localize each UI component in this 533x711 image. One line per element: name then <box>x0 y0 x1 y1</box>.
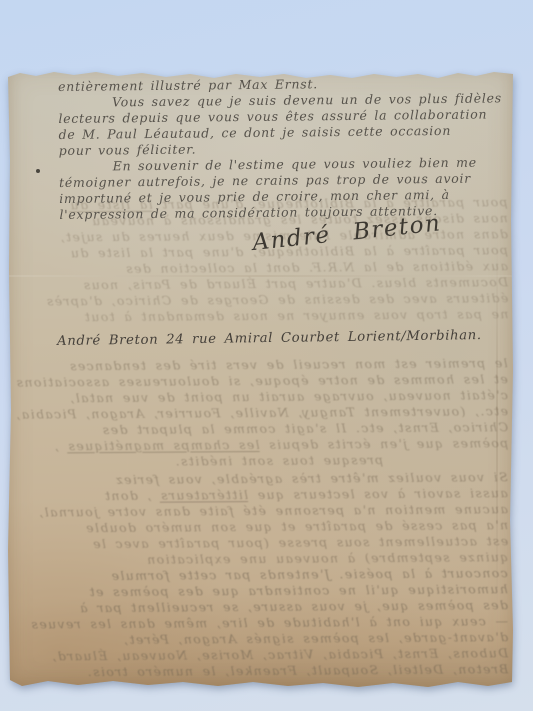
show-through-line: Breton, Delteil, Soupault, Fraenkel, le … <box>14 661 508 680</box>
ink-show-through-lower: Si vous vouliez m'être très agréable, vo… <box>14 469 509 568</box>
show-through-text: aussi savoir à vos lecteurs que <box>248 485 508 502</box>
show-through-text: , dont <box>104 488 160 503</box>
address-annotation: André Breton 24 rue Amiral Courbet Lorie… <box>57 328 513 349</box>
show-through-lines: concourt à la poésie. J'entends par cett… <box>14 565 509 680</box>
vertical-crease <box>496 240 498 610</box>
show-through-text: , <box>53 438 67 453</box>
letter-body: entièrement illustré par Max Ernst. Vous… <box>58 74 515 223</box>
show-through-line: ne pas trop vous ennuyer ne nous demanda… <box>14 306 508 325</box>
ink-show-through-bottom: concourt à la poésie. J'entends par cett… <box>14 565 509 680</box>
show-through-lines: le premier est mon recueil de vers tiré … <box>14 355 509 438</box>
letter-paper-wrapper: pour paraître à la Bibliothèque, d'une p… <box>8 70 513 688</box>
show-through-underlined-text: les champs magnétiques <box>67 437 260 453</box>
handwritten-lines: entièrement illustré par Max Ernst. Vous… <box>58 74 515 223</box>
photo-background: pour paraître à la Bibliothèque, d'une p… <box>0 0 533 711</box>
letter-paper: pour paraître à la Bibliothèque, d'une p… <box>8 70 513 688</box>
show-through-lines: aucune mention n'a personne été faite da… <box>14 501 508 568</box>
show-through-text: poèmes que j'en écrits depuis <box>260 435 509 452</box>
show-through-underlined-text: littérateurs <box>160 487 248 503</box>
ink-speck <box>36 169 40 173</box>
horizontal-fold-crease <box>8 275 513 277</box>
ink-show-through-middle: le premier est mon recueil de vers tiré … <box>14 355 509 470</box>
